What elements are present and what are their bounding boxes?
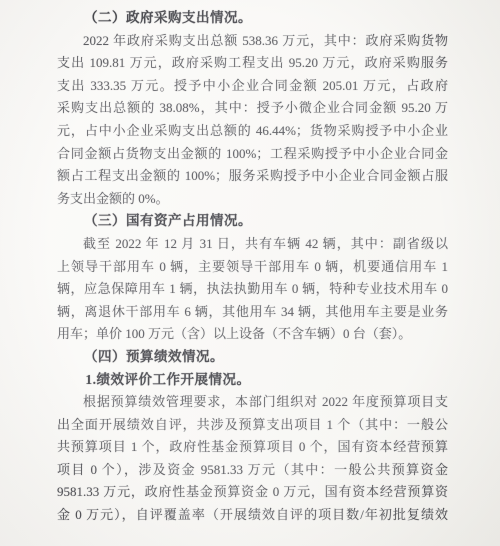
paragraph-line: 共预算项目 1 个，政府性基金预算项目 0 个，国有资本经营预算 — [57, 436, 448, 459]
subsection-heading: 1.绩效评价工作开展情况。 — [57, 369, 448, 392]
paragraph-line: 辆，应急保障用车 1 辆，执法执勤用车 0 辆，特种专业技术用车 0 — [57, 278, 448, 301]
paragraph-line: 金 0 万元），自评覆盖率（开展绩效自评的项目数/年初批复绩效 — [57, 504, 448, 527]
paragraph-line: 根据预算绩效管理要求，本部门组织对 2022 年度预算项目支 — [57, 391, 448, 414]
paragraph-line: 务支出金额的 0%。 — [57, 188, 448, 211]
paragraph-line: 辆，离退休干部用车 6 辆，其他用车 34 辆，其他用车主要是业务 — [57, 301, 448, 324]
paragraph-line: 合同金额占货物支出金额的 100%；工程采购授予中小企业合同金 — [57, 143, 448, 166]
section-heading: （四）预算绩效情况。 — [57, 346, 448, 369]
section-heading: （二）政府采购支出情况。 — [57, 7, 448, 30]
section-heading: （三）国有资产占用情况。 — [57, 210, 448, 233]
paragraph-line: 采购支出总额的 38.08%，其中：授予小微企业合同金额 95.20 万 — [57, 97, 448, 120]
paragraph-line: 支出 333.35 万元。授予中小企业合同金额 205.01 万元，占政府 — [57, 75, 448, 98]
document-body: （二）政府采购支出情况。2022 年政府采购支出总额 538.36 万元，其中：… — [57, 7, 448, 527]
paragraph-line: 上领导干部用车 0 辆，主要领导干部用车 0 辆，机要通信用车 1 — [57, 256, 448, 279]
paragraph-line: 用车；单价 100 万元（含）以上设备（不含车辆）0 台（套）。 — [57, 323, 448, 346]
paragraph-line: 9581.33 万元，政府性基金预算资金 0 万元，国有资本经营预算资 — [57, 481, 448, 504]
paragraph-line: 额占工程支出金额的 100%；服务采购授予中小企业合同金额占服 — [57, 165, 448, 188]
paragraph-line: 2022 年政府采购支出总额 538.36 万元，其中：政府采购货物 — [57, 30, 448, 53]
paragraph-line: 项目 0 个），涉及资金 9581.33 万元（其中：一般公共预算资金 — [57, 459, 448, 482]
paragraph-line: 元，占中小企业采购支出总额的 46.44%；货物采购授予中小企业 — [57, 120, 448, 143]
paragraph-line: 支出 109.81 万元，政府采购工程支出 95.20 万元，政府采购服务 — [57, 52, 448, 75]
paragraph-line: 截至 2022 年 12 月 31 日，共有车辆 42 辆，其中：副省级以 — [57, 233, 448, 256]
paragraph-line: 出全面开展绩效自评，共涉及预算支出项目 1 个（其中：一般公 — [57, 414, 448, 437]
scanned-document-page: （二）政府采购支出情况。2022 年政府采购支出总额 538.36 万元，其中：… — [0, 0, 500, 546]
